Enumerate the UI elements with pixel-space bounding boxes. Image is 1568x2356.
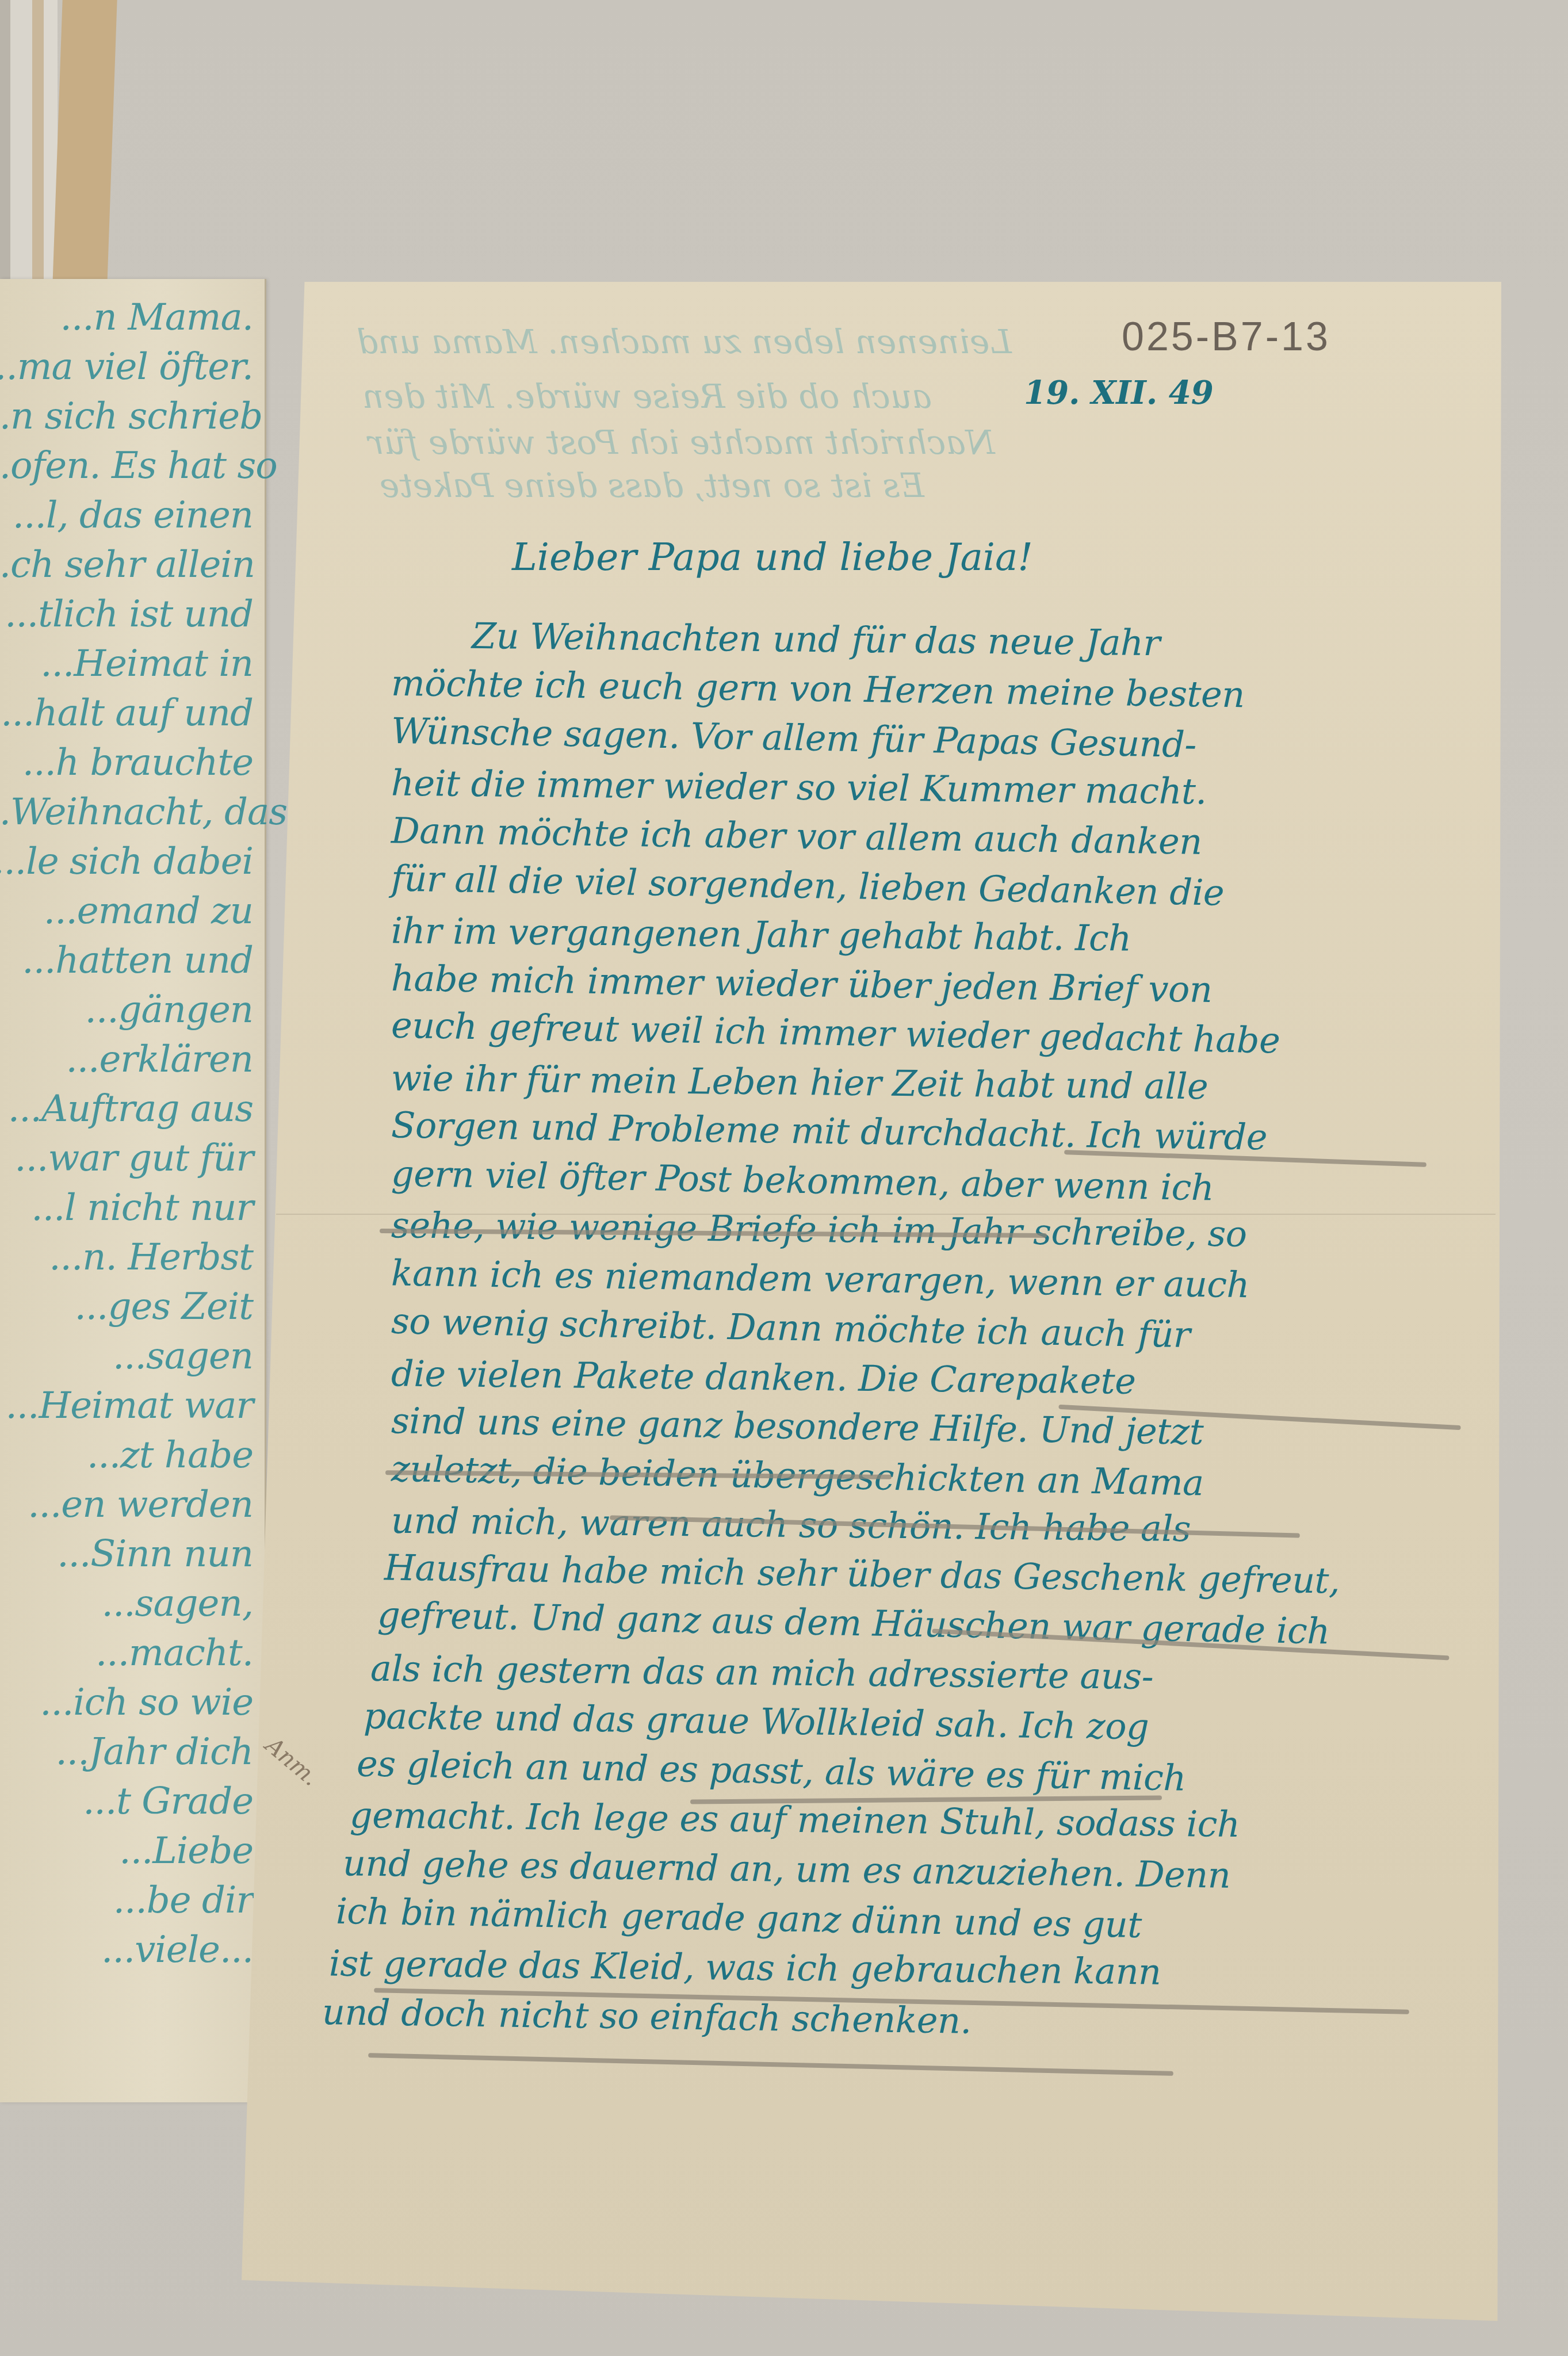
left-page-line: ...halt auf und	[0, 692, 253, 735]
left-page-line: ...Sinn nun	[0, 1533, 253, 1575]
left-page-line: ...be dir	[0, 1879, 253, 1922]
paper-edge	[10, 0, 32, 285]
left-page-line: ...Liebe	[0, 1830, 253, 1872]
left-page-line: ...erklären	[0, 1038, 253, 1081]
left-page-line: ...ofen. Es hat so	[0, 445, 253, 487]
left-page-line: ...Heimat in	[0, 642, 253, 685]
left-page-line: ...Auftrag aus	[0, 1088, 253, 1130]
letter-body-line: die vielen Pakete danken. Die Carepakete	[391, 1352, 1136, 1402]
left-page-line: ...macht.	[0, 1632, 253, 1674]
left-page: ...n Mama....ma viel öfter....n sich sch…	[0, 279, 266, 2102]
letter-date: 19. XII. 49	[1024, 374, 1214, 412]
paper-edge	[0, 0, 10, 285]
letter-body-line: heit die immer wieder so viel Kummer mac…	[391, 762, 1207, 812]
archive-number: 025-B7-13	[1122, 313, 1330, 359]
letter-body-line: ihr im vergangenen Jahr gehabt habt. Ich	[391, 909, 1131, 959]
left-page-line: ...en werden	[0, 1483, 253, 1526]
left-page-line: ...n. Herbst	[0, 1236, 253, 1279]
paper-edge	[32, 0, 44, 285]
letter-greeting: Lieber Papa und liebe Jaia!	[512, 535, 1033, 579]
left-page-line: ...sagen,	[0, 1582, 253, 1625]
left-page-line: ...n sich schrieb	[0, 395, 253, 438]
letter-body-line: Zu Weihnachten und für das neue Jahr	[472, 615, 1160, 664]
left-page-line: ...ma viel öfter.	[0, 346, 253, 388]
bleed-through-line: Es ist so nett, dass deine Pakete	[380, 466, 924, 505]
left-page-line: ...Weihnacht, das	[0, 791, 253, 833]
left-page-line: ...tlich ist und	[0, 593, 253, 636]
left-page-line: ...Heimat war	[0, 1384, 253, 1427]
left-page-line: ...ich so wie	[0, 1681, 253, 1724]
left-page-line: ...l, das einen	[0, 494, 253, 537]
left-page-line: ...le sich dabei	[0, 840, 253, 883]
bleed-through-line: auch ob die Reise würde. Mit den	[362, 377, 932, 416]
letter-body-line: wie ihr für mein Leben hier Zeit habt un…	[391, 1057, 1208, 1107]
left-page-line: ...h brauchte	[0, 741, 253, 784]
letter-body-line: als ich gestern das an mich adressierte …	[370, 1647, 1154, 1697]
left-page-line: ...sagen	[0, 1335, 253, 1378]
left-page-line: ...t Grade	[0, 1780, 253, 1823]
bleed-through-line: Nachricht machte ich Post würde für	[368, 423, 995, 462]
letter-body-line: ist gerade das Kleid, was ich gebrauchen…	[329, 1942, 1161, 1992]
left-page-line: ...gängen	[0, 989, 253, 1031]
left-page-line: ...l nicht nur	[0, 1187, 253, 1229]
left-page-line: ...ges Zeit	[0, 1286, 253, 1328]
paper-edge	[52, 0, 117, 285]
left-page-line: ...war gut für	[0, 1137, 253, 1180]
left-page-line: ...viele...	[0, 1929, 253, 1971]
left-page-line: ...Jahr dich	[0, 1731, 253, 1773]
left-page-line: ...emand zu	[0, 890, 253, 932]
left-page-line: ...zt habe	[0, 1434, 253, 1477]
bleed-through-line: Leinenen leben zu machen. Mama und	[357, 322, 1012, 361]
left-page-line: ...n Mama.	[0, 296, 253, 339]
left-page-line: ...ch sehr allein	[0, 544, 253, 586]
left-page-line: ...hatten und	[0, 939, 253, 982]
